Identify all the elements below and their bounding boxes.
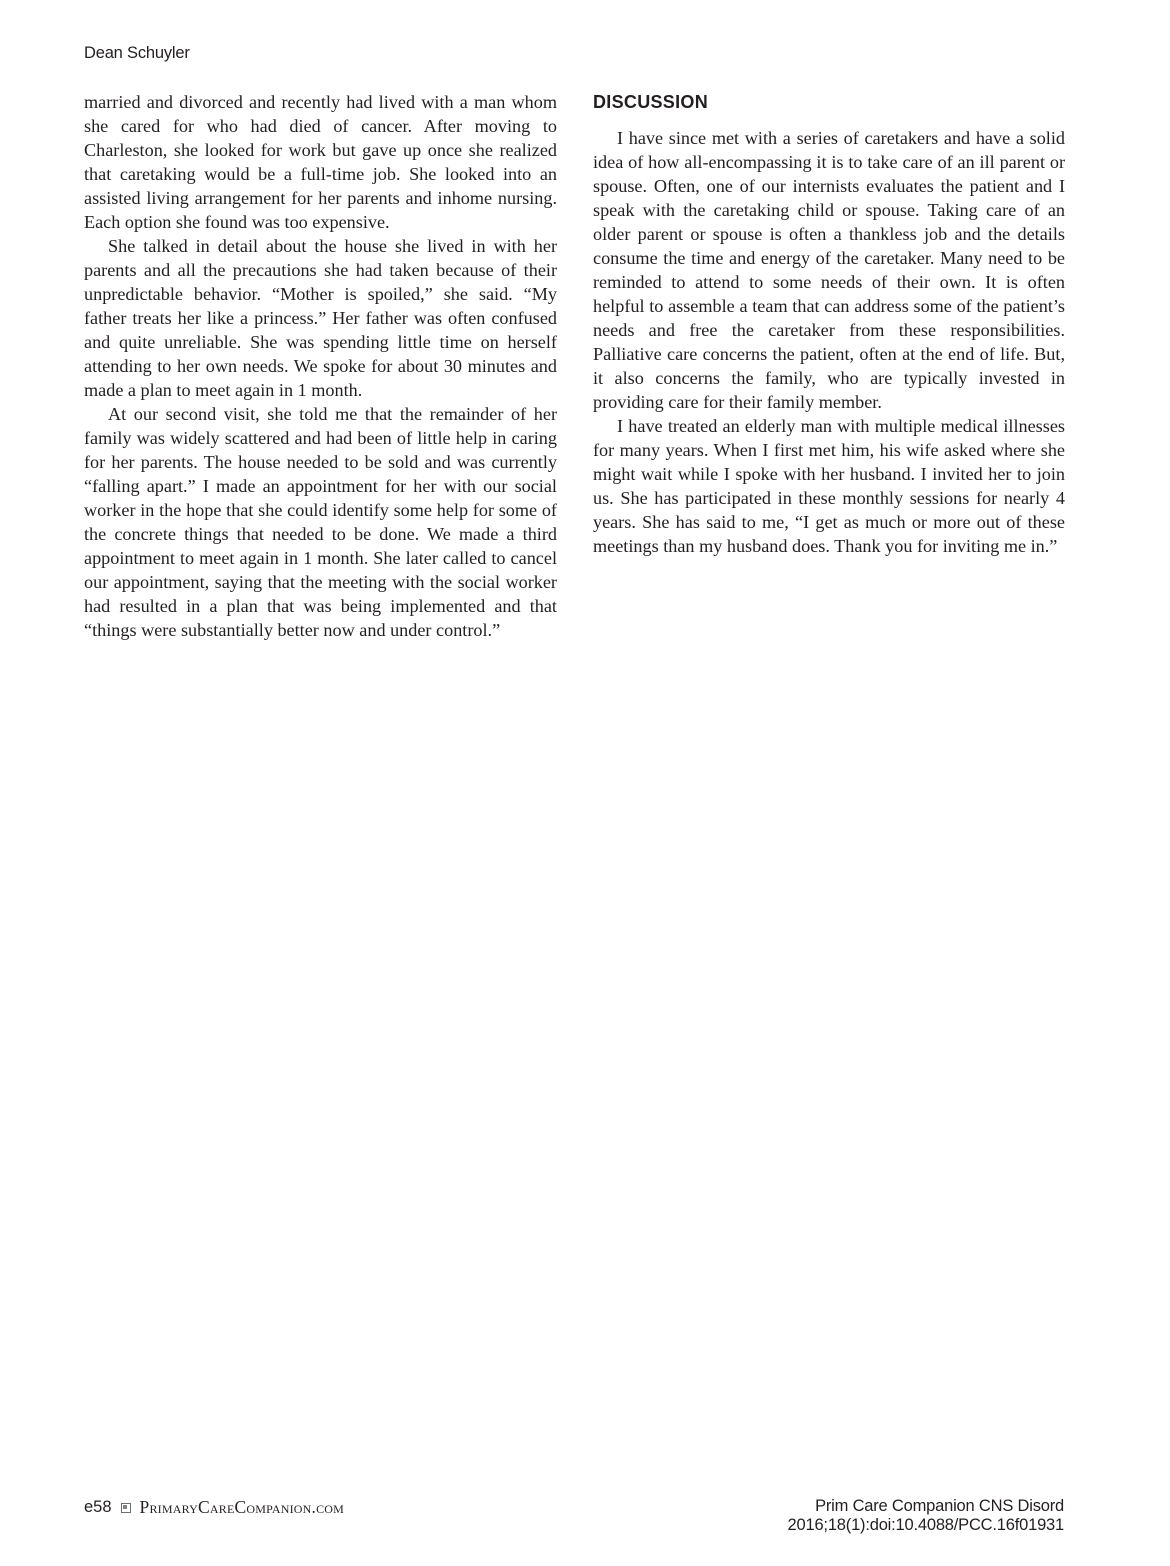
paragraph: I have since met with a series of careta…: [593, 126, 1065, 414]
right-column: DISCUSSION I have since met with a serie…: [593, 90, 1065, 558]
paragraph: I have treated an elderly man with multi…: [593, 414, 1065, 558]
running-head-author: Dean Schuyler: [84, 44, 190, 63]
left-column: married and divorced and recently had li…: [84, 90, 557, 642]
square-bullet-icon: [121, 1503, 131, 1513]
footer-left: e58 PrimaryCareCompanion.com: [84, 1497, 344, 1518]
site-name-link[interactable]: PrimaryCareCompanion.com: [140, 1497, 345, 1518]
journal-name: Prim Care Companion CNS Disord: [788, 1497, 1064, 1516]
paragraph: At our second visit, she told me that th…: [84, 402, 557, 642]
paragraph: She talked in detail about the house she…: [84, 234, 557, 402]
paragraph: married and divorced and recently had li…: [84, 90, 557, 234]
page-number: e58: [84, 1498, 112, 1517]
citation-doi: 2016;18(1):doi:10.4088/PCC.16f01931: [788, 1516, 1064, 1535]
footer-citation: Prim Care Companion CNS Disord 2016;18(1…: [788, 1497, 1064, 1535]
section-heading-discussion: DISCUSSION: [593, 90, 1065, 114]
